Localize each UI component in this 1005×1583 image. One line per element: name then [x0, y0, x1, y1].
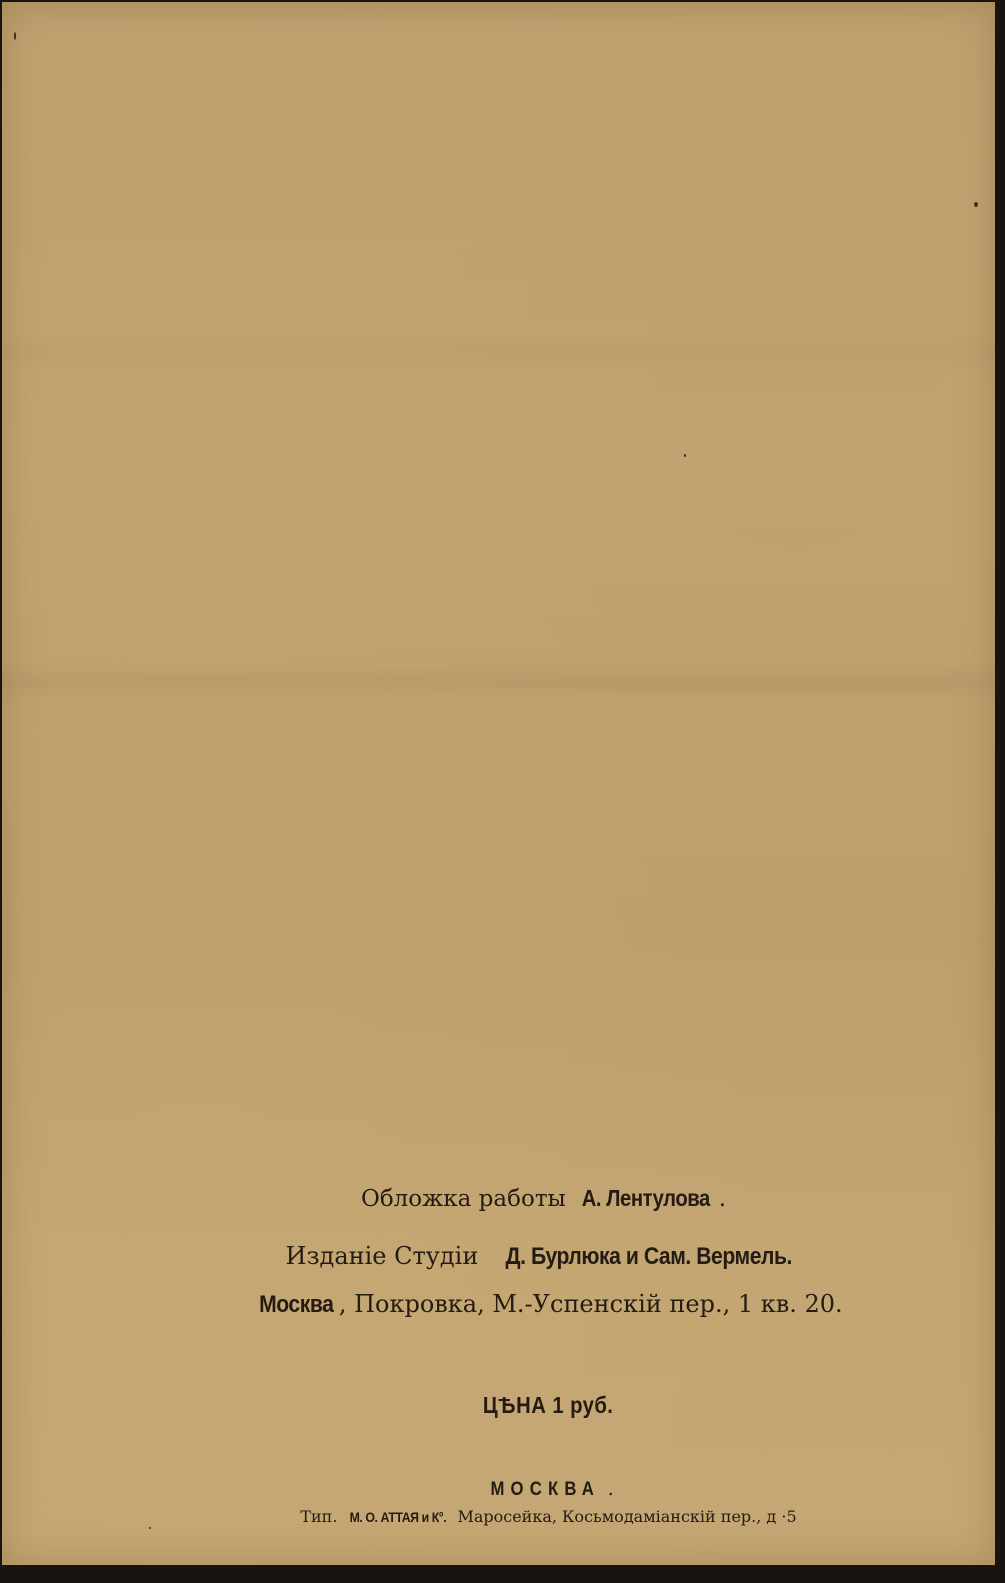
cover-artist: А. Лентулова — [582, 1185, 710, 1212]
publisher-prefix: Изданіе Студіи — [286, 1242, 486, 1270]
publisher-line: Изданіе Студіи Д. Бурлюка и Сам. Вермель… — [2, 1242, 995, 1271]
address-line: Москва, Покровка, М.-Успенскій пер., 1 к… — [2, 1290, 995, 1319]
paper-speck — [14, 32, 16, 40]
imprint-city: МОСКВА — [491, 1479, 600, 1501]
printer-line: Тип. М. О. АТТАЯ и К°. Маросейка, Косьмо… — [2, 1507, 995, 1527]
price-label: ЦѢНА 1 руб. — [483, 1392, 613, 1419]
imprint-city-suffix: . — [608, 1478, 614, 1500]
address-rest: , Покровка, М.-Успенскій пер., 1 кв. 20. — [339, 1290, 843, 1318]
printer-prefix: Тип. — [300, 1507, 342, 1526]
paper-speck — [149, 1527, 151, 1529]
paper-speck — [684, 454, 686, 457]
printer-address: Маросейка, Косьмодаміанскій пер., д ·5 — [452, 1507, 796, 1526]
printer-name: М. О. АТТАЯ и К°. — [349, 1509, 446, 1525]
publisher-names: Д. Бурлюка и Сам. Вермель. — [505, 1243, 791, 1271]
paper-speck — [974, 202, 978, 207]
paper-crease — [2, 662, 995, 702]
paper-crease — [2, 332, 995, 372]
price-line: ЦѢНА 1 руб. — [2, 1392, 995, 1419]
address-city: Москва — [259, 1291, 333, 1319]
imprint-city-line: МОСКВА. — [2, 1478, 995, 1501]
book-back-cover: Обложка работы А. Лентулова. Изданіе Сту… — [2, 2, 995, 1565]
cover-credit-prefix: Обложка работы — [361, 1186, 573, 1212]
cover-credit-suffix: . — [719, 1186, 726, 1212]
cover-credit: Обложка работы А. Лентулова. — [2, 1185, 995, 1212]
